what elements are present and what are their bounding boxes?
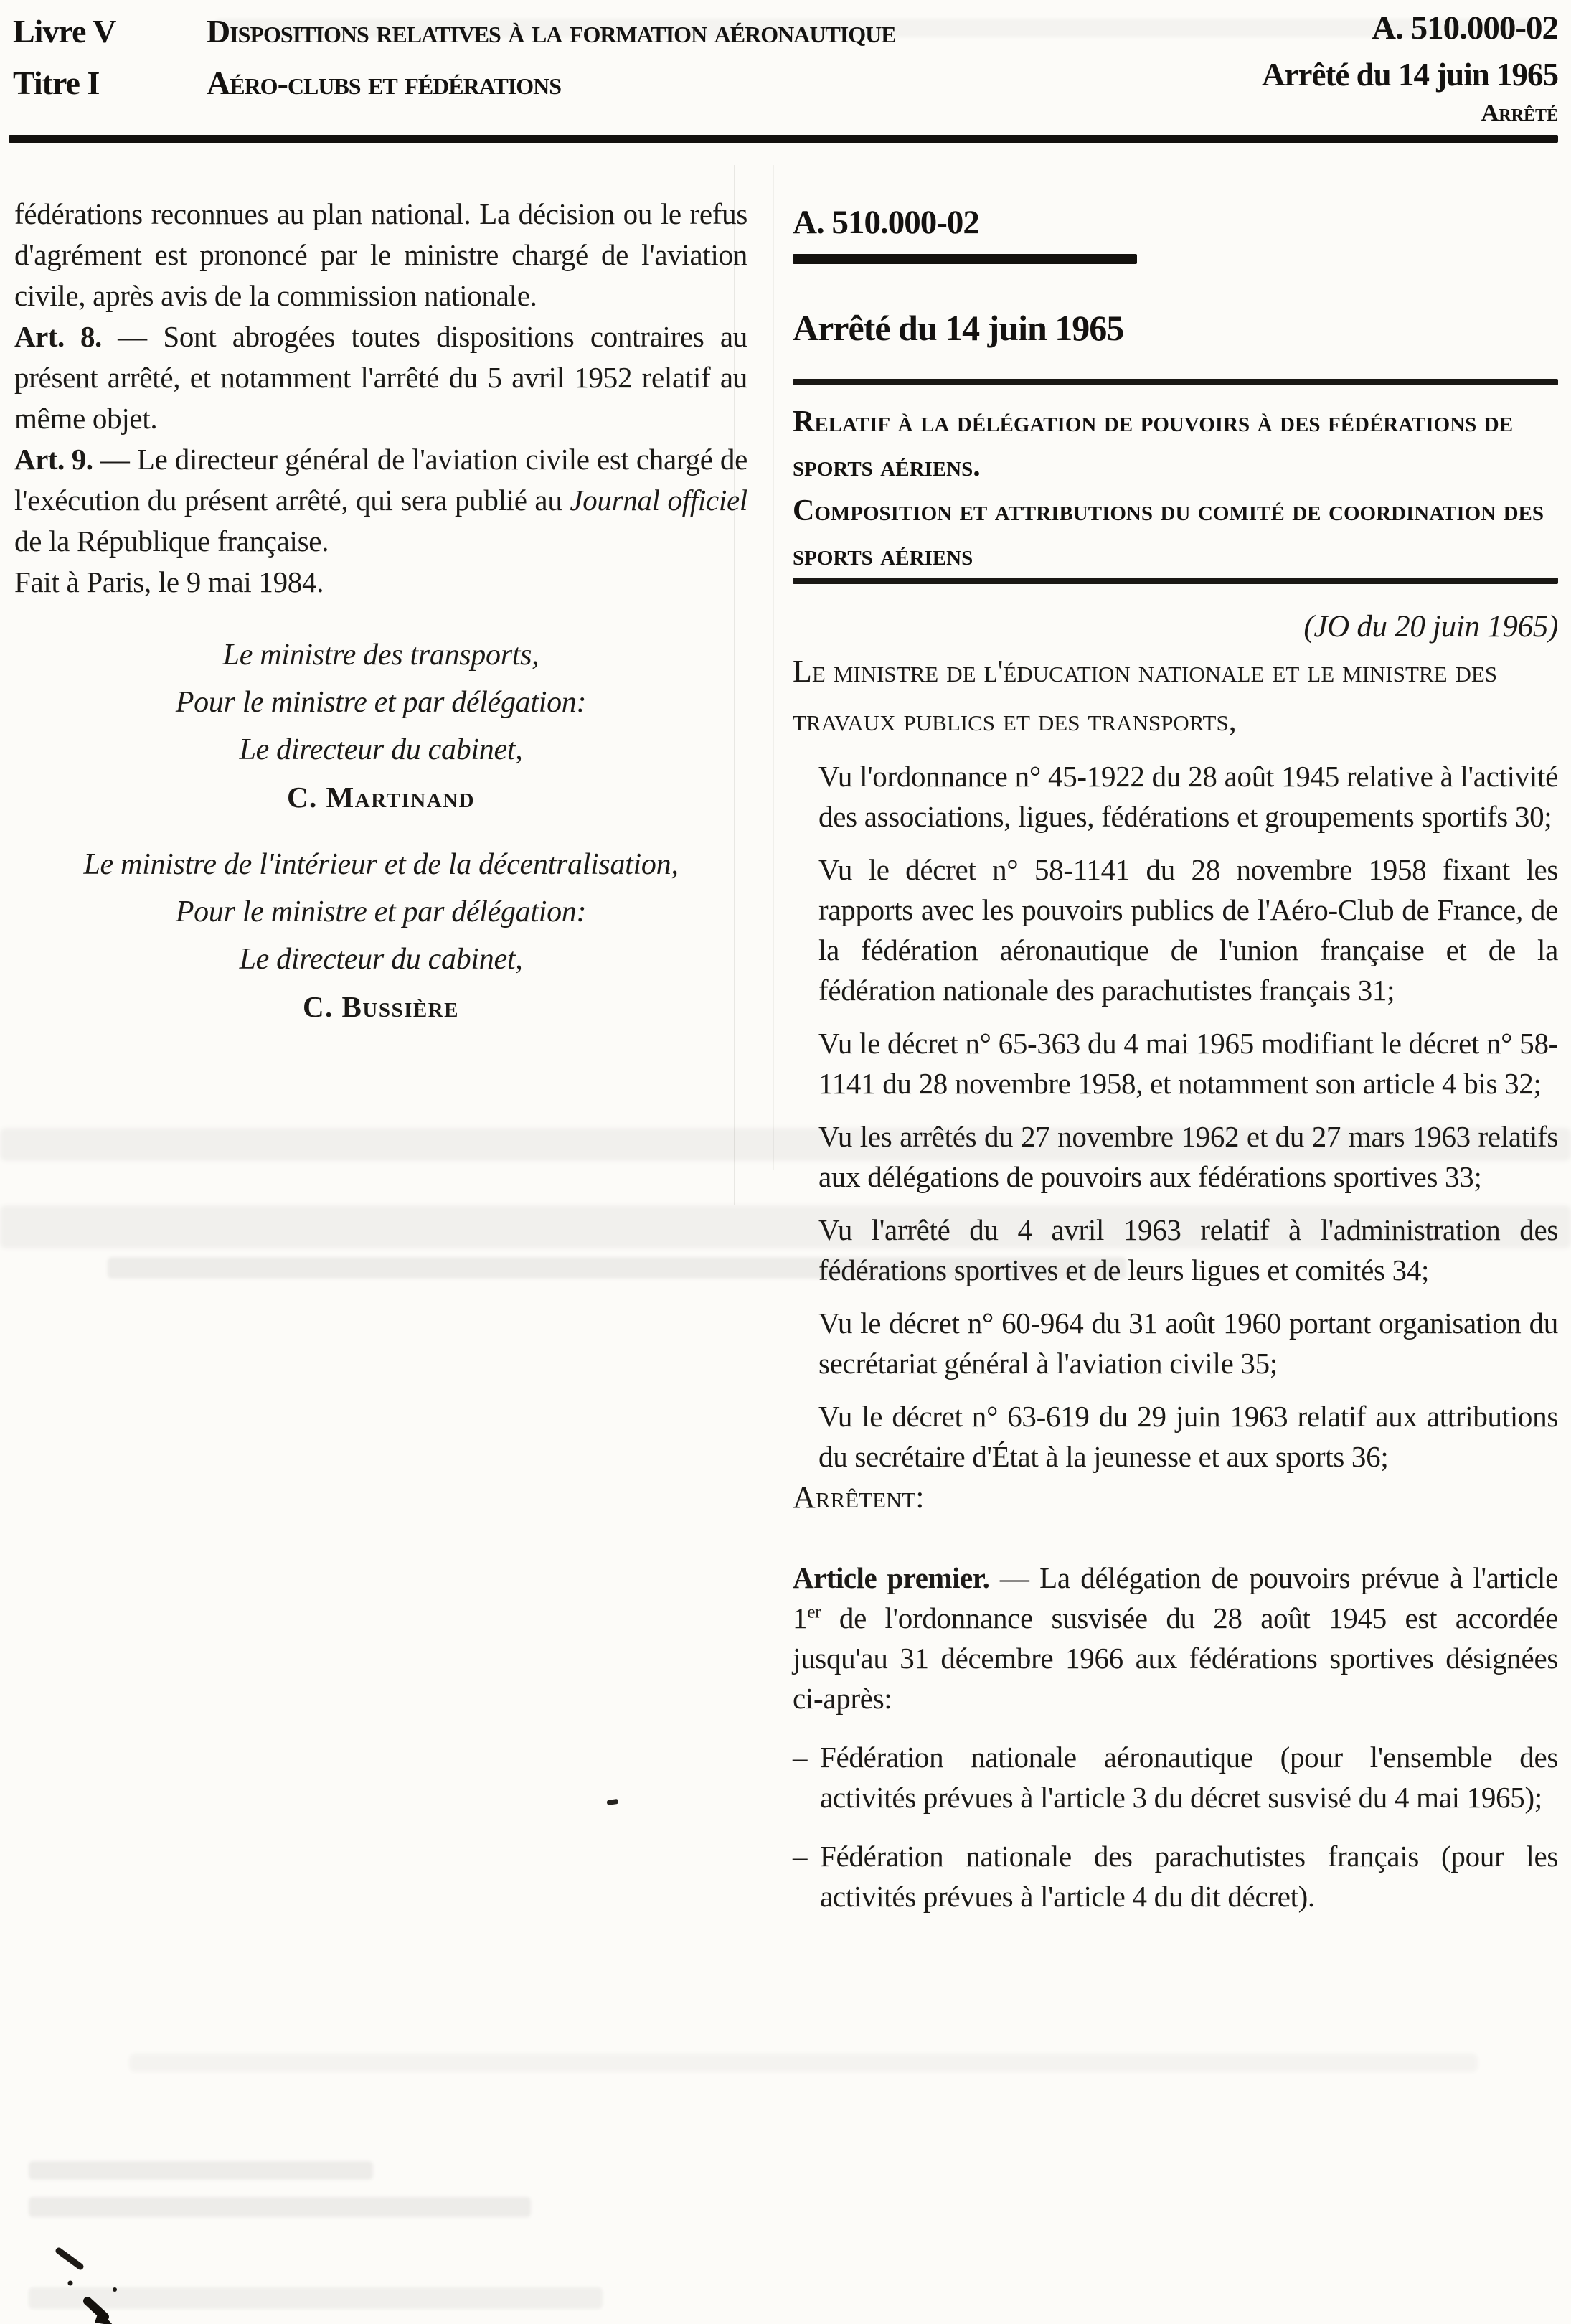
article-premier-paragraph: Article premier. — La délégation de pouv… (793, 1558, 1558, 1718)
header-subsection-title: Aéro-clubs et fédérations (207, 57, 896, 109)
header-left-block: Livre V Titre I (13, 6, 115, 109)
header-book-label: Livre V (13, 6, 115, 57)
ordinal-superscript: er (807, 1601, 821, 1622)
journal-officiel-reference: (JO du 20 juin 1965) (793, 607, 1558, 647)
signatory-name: C. Bussière (14, 983, 747, 1030)
article-9-paragraph: Art. 9. — Le directeur général de l'avia… (14, 439, 747, 562)
bleed-through-band (29, 2161, 373, 2180)
preamble-ministers: Le ministre de l'éducation nationale et … (793, 647, 1558, 745)
recital-paragraph: Vu le décret n° 65-363 du 4 mai 1965 mod… (818, 1023, 1558, 1104)
federation-list-item: –Fédération nationale aéronautique (pour… (793, 1737, 1558, 1817)
article-8-separator: — (118, 320, 147, 353)
long-divider-rule (793, 379, 1558, 385)
signatory-name: C. Martinand (14, 773, 747, 821)
bleed-through-band (29, 2287, 603, 2309)
header-right-block: A. 510.000-02 Arrêté du 14 juin 1965 Arr… (1262, 6, 1558, 128)
enacting-formula: Arrêtent: (793, 1477, 1558, 1518)
arrete-subject-block: Relatif à la délégation de pouvoirs à de… (793, 400, 1558, 578)
recital-paragraph: Vu l'arrêté du 4 avril 1963 relatif à l'… (818, 1210, 1558, 1290)
header-ref-type: Arrêté (1262, 99, 1558, 128)
signature-cabinet-line: Le directeur du cabinet, (14, 936, 747, 983)
recital-paragraph: Vu le décret n° 63-619 du 29 juin 1963 r… (818, 1396, 1558, 1477)
signature-cabinet-line: Le directeur du cabinet, (14, 726, 747, 773)
recital-paragraph: Vu les arrêtés du 27 novembre 1962 et du… (818, 1116, 1558, 1197)
long-divider-rule (793, 578, 1558, 584)
recital-paragraph: Vu l'ordonnance n° 45-1922 du 28 août 19… (818, 756, 1558, 837)
article-8-label: Art. 8. (14, 320, 102, 353)
signature-block-interieur: Le ministre de l'intérieur et de la déce… (14, 841, 747, 1030)
left-column: fédérations reconnues au plan national. … (14, 194, 747, 1030)
signature-delegation-line: Pour le ministre et par délégation: (14, 679, 747, 726)
smudge-band (129, 2054, 1478, 2072)
short-divider-rule (793, 254, 1137, 264)
stray-ink-mark (607, 1799, 619, 1805)
header-section-title: Dispositions relatives à la formation aé… (207, 6, 896, 57)
list-dash: – (793, 1836, 807, 1876)
scanned-document-page: Livre V Titre I Dispositions relatives à… (0, 0, 1571, 2324)
signature-block-transports: Le ministre des transports, Pour le mini… (14, 631, 747, 821)
signature-role-line: Le ministre des transports, (14, 631, 747, 679)
header-ref-code: A. 510.000-02 (1262, 6, 1558, 50)
arrete-title: Arrêté du 14 juin 1965 (793, 306, 1558, 350)
header-divider-rule (9, 135, 1558, 143)
signature-date-line: Fait à Paris, le 9 mai 1984. (14, 562, 747, 603)
recital-paragraph: Vu le décret n° 60-964 du 31 août 1960 p… (818, 1303, 1558, 1383)
federation-item-text: Fédération nationale aéronautique (pour … (820, 1741, 1558, 1814)
article-premier-separator: — (1000, 1561, 1029, 1594)
article-premier-label: Article premier. (793, 1561, 989, 1594)
article-9-label: Art. 9. (14, 443, 93, 476)
bleed-through-band (29, 2197, 531, 2217)
recital-paragraph: Vu le décret n° 58-1141 du 28 novembre 1… (818, 850, 1558, 1010)
article-8-paragraph: Art. 8. — Sont abrogées toutes dispositi… (14, 316, 747, 439)
subject-line-2: Composition et attributions du comité de… (793, 489, 1558, 578)
arrete-ref-code: A. 510.000-02 (793, 202, 1558, 243)
continuation-paragraph: fédérations reconnues au plan national. … (14, 194, 747, 316)
journal-officiel-italic: Journal officiel (570, 484, 747, 517)
signature-role-line: Le ministre de l'intérieur et de la déce… (14, 841, 747, 888)
handwritten-arrow-mark (43, 2242, 129, 2324)
right-column: A. 510.000-02 Arrêté du 14 juin 1965 Rel… (793, 194, 1558, 1916)
header-ref-date: Arrêté du 14 juin 1965 (1262, 55, 1558, 95)
subject-line-1: Relatif à la délégation de pouvoirs à de… (793, 400, 1558, 489)
list-dash: – (793, 1737, 807, 1777)
signature-delegation-line: Pour le ministre et par délégation: (14, 888, 747, 936)
article-9-separator: — (100, 443, 130, 476)
federation-list-item: –Fédération nationale des parachutistes … (793, 1836, 1558, 1916)
fold-line (773, 165, 774, 1170)
header-title-level-label: Titre I (13, 57, 115, 109)
federation-item-text: Fédération nationale des parachutistes f… (820, 1840, 1558, 1913)
article-premier-text-after: de l'ordonnance susvisée du 28 août 1945… (793, 1601, 1558, 1715)
header-center-block: Dispositions relatives à la formation aé… (207, 6, 896, 109)
article-9-text-after: de la République française. (14, 524, 329, 558)
